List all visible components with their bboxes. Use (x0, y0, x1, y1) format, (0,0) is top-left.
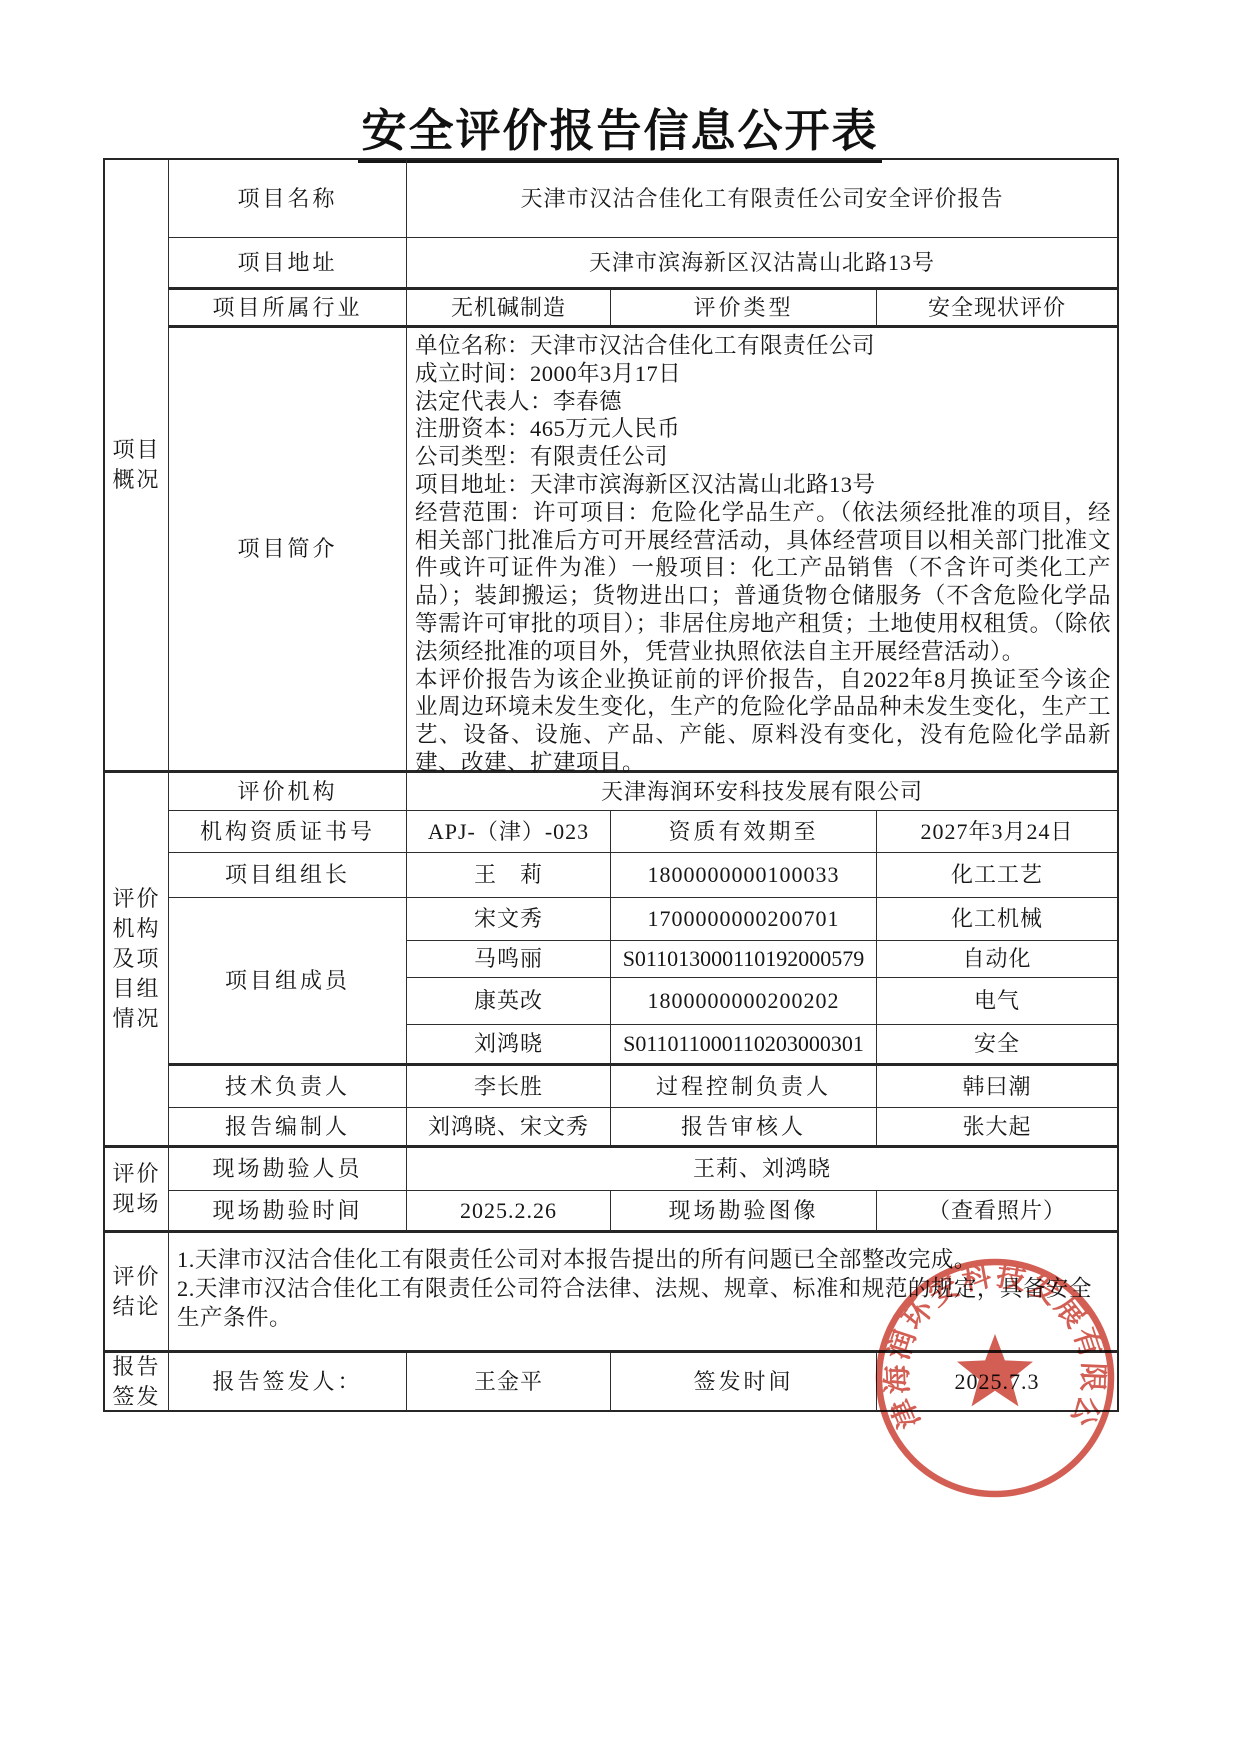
agency-label: 评价机构 (169, 773, 407, 811)
conclusion-item-2: 2.天津市汉沽合佳化工有限责任公司符合法律、法规、规章、标准和规范的规定，具备安… (177, 1274, 1109, 1332)
team-leader-name: 王 莉 (407, 853, 611, 898)
section-report-issue: 报告签发 (105, 1353, 169, 1411)
report-author-name: 刘鸿晓、宋文秀 (407, 1108, 611, 1148)
member-1-specialty: 化工机械 (877, 898, 1117, 941)
section-conclusion: 评价结论 (105, 1233, 169, 1353)
member-2-specialty: 自动化 (877, 941, 1117, 978)
member-1-name: 宋文秀 (407, 898, 611, 941)
team-members-label: 项目组成员 (169, 898, 407, 1066)
tech-lead-name: 李长胜 (407, 1066, 611, 1108)
project-address-value: 天津市滨海新区汉沽嵩山北路13号 (407, 238, 1117, 290)
report-reviewer-name: 张大起 (877, 1108, 1117, 1148)
intro-line-legal-rep: 法定代表人：李春德 (415, 388, 1111, 416)
report-author-label: 报告编制人 (169, 1108, 407, 1148)
document-page: { "page": { "title": "安全评价报告信息公开表" }, "s… (0, 0, 1240, 1753)
site-time-label: 现场勘验时间 (169, 1191, 407, 1233)
member-2-name: 马鸣丽 (407, 941, 611, 978)
issuer-name: 王金平 (407, 1353, 611, 1411)
member-2-cert: S011013000110192000579 (611, 941, 877, 978)
issue-time-value: 2025.7.3 (877, 1353, 1117, 1411)
team-leader-cert: 1800000000100033 (611, 853, 877, 898)
section-site-survey: 评价现场 (105, 1148, 169, 1233)
member-3-specialty: 电气 (877, 978, 1117, 1025)
intro-line-report-note: 本评价报告为该企业换证前的评价报告，自2022年8月换证至今该企业周边环境未发生… (415, 666, 1111, 777)
project-name-value: 天津市汉沽合佳化工有限责任公司安全评价报告 (407, 160, 1117, 238)
site-personnel-value: 王莉、刘鸿晓 (407, 1148, 1117, 1191)
project-intro-label: 项目简介 (169, 328, 407, 773)
member-4-name: 刘鸿晓 (407, 1025, 611, 1066)
tech-lead-label: 技术负责人 (169, 1066, 407, 1108)
site-personnel-label: 现场勘验人员 (169, 1148, 407, 1191)
issue-time-label: 签发时间 (611, 1353, 877, 1411)
intro-line-company-type: 公司类型：有限责任公司 (415, 443, 1111, 471)
industry-label: 项目所属行业 (169, 290, 407, 328)
team-leader-label: 项目组组长 (169, 853, 407, 898)
section-agency-team: 评价机构及项目组情况 (105, 773, 169, 1148)
issuer-label: 报告签发人： (169, 1353, 407, 1411)
member-4-cert: S011011000110203000301 (611, 1025, 877, 1066)
agency-cert-label: 机构资质证书号 (169, 811, 407, 853)
cert-valid-value: 2027年3月24日 (877, 811, 1117, 853)
intro-line-founded: 成立时间：2000年3月17日 (415, 360, 1111, 388)
site-time-value: 2025.2.26 (407, 1191, 611, 1233)
team-leader-specialty: 化工工艺 (877, 853, 1117, 898)
intro-line-address: 项目地址：天津市滨海新区汉沽嵩山北路13号 (415, 471, 1111, 499)
site-image-label: 现场勘验图像 (611, 1191, 877, 1233)
conclusion-text: 1.天津市汉沽合佳化工有限责任公司对本报告提出的所有问题已全部整改完成。 2.天… (169, 1233, 1117, 1353)
agency-cert-value: APJ-（津）-023 (407, 811, 611, 853)
report-reviewer-label: 报告审核人 (611, 1108, 877, 1148)
conclusion-item-1: 1.天津市汉沽合佳化工有限责任公司对本报告提出的所有问题已全部整改完成。 (177, 1245, 1109, 1274)
cert-valid-label: 资质有效期至 (611, 811, 877, 853)
member-1-cert: 1700000000200701 (611, 898, 877, 941)
industry-value: 无机碱制造 (407, 290, 611, 328)
project-address-label: 项目地址 (169, 238, 407, 290)
info-table: 项目概况 评价机构及项目组情况 评价现场 评价结论 报告签发 项目名称 天津市汉… (103, 158, 1119, 1412)
member-4-specialty: 安全 (877, 1025, 1117, 1066)
member-3-name: 康英改 (407, 978, 611, 1025)
process-lead-label: 过程控制负责人 (611, 1066, 877, 1108)
section-project-overview: 项目概况 (105, 160, 169, 773)
member-3-cert: 1800000000200202 (611, 978, 877, 1025)
evaluation-type-value: 安全现状评价 (877, 290, 1117, 328)
page-title-text: 安全评价报告信息公开表 (358, 106, 881, 163)
agency-value: 天津海润环安科技发展有限公司 (407, 773, 1117, 811)
intro-line-business-scope: 经营范围：许可项目：危险化学品生产。（依法须经批准的项目，经相关部门批准后方可开… (415, 499, 1111, 666)
intro-line-capital: 注册资本：465万元人民币 (415, 415, 1111, 443)
process-lead-name: 韩曰潮 (877, 1066, 1117, 1108)
intro-line-company: 单位名称：天津市汉沽合佳化工有限责任公司 (415, 332, 1111, 360)
project-intro-text: 单位名称：天津市汉沽合佳化工有限责任公司 成立时间：2000年3月17日 法定代… (407, 328, 1117, 773)
site-image-link[interactable]: （查看照片） (877, 1191, 1117, 1233)
project-name-label: 项目名称 (169, 160, 407, 238)
page-title: 安全评价报告信息公开表 (0, 94, 1240, 159)
evaluation-type-label: 评价类型 (611, 290, 877, 328)
